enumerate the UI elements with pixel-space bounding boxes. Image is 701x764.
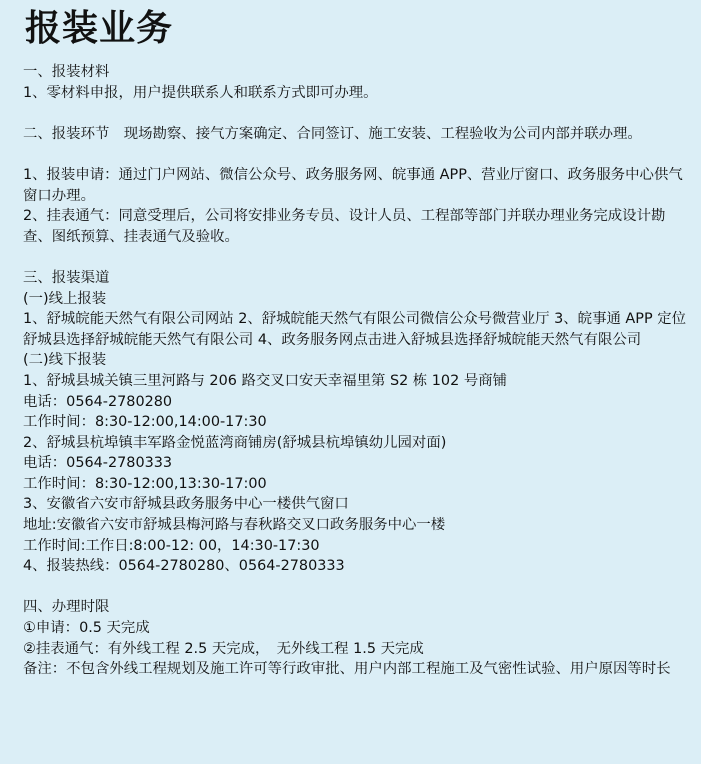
section-3-heading: 三、报装渠道 xyxy=(23,268,687,289)
office-3-address: 地址:安徽省六安市舒城县梅河路与春秋路交叉口政务服务中心一楼 xyxy=(23,515,687,536)
spacer xyxy=(23,247,687,268)
office-3-hours: 工作时间:工作日:8:00-12: 00，14:30-17:30 xyxy=(23,536,687,557)
online-subheading: (一)线上报装 xyxy=(23,289,687,310)
remarks: 备注：不包含外线工程规划及施工许可等行政审批、用户内部工程施工及气密性试验、用户… xyxy=(23,659,687,680)
spacer xyxy=(23,144,687,165)
section-1-item-1: 1、零材料申报，用户提供联系人和联系方式即可办理。 xyxy=(23,83,687,104)
office-1-hours: 工作时间：8:30-12:00,14:00-17:30 xyxy=(23,412,687,433)
online-channels: 1、舒城皖能天然气有限公司网站 2、舒城皖能天然气有限公司微信公众号微营业厅 3… xyxy=(23,309,687,350)
spacer xyxy=(23,103,687,124)
section-4-heading: 四、办理时限 xyxy=(23,597,687,618)
spacer xyxy=(23,577,687,598)
time-limit-meter-install: ②挂表通气：有外线工程 2.5 天完成， 无外线工程 1.5 天完成 xyxy=(23,639,687,660)
page-title: 报装业务 xyxy=(25,6,687,52)
office-3-name: 3、安徽省六安市舒城县政务服务中心一楼供气窗口 xyxy=(23,494,687,515)
hotline: 4、报装热线：0564-2780280、0564-2780333 xyxy=(23,556,687,577)
section-2-item-2: 2、挂表通气：同意受理后，公司将安排业务专员、设计人员、工程部等部门并联办理业务… xyxy=(23,206,687,247)
office-1-phone: 电话：0564-2780280 xyxy=(23,392,687,413)
office-2-address: 2、舒城县杭埠镇丰军路金悦蓝湾商铺房(舒城县杭埠镇幼儿园对面) xyxy=(23,433,687,454)
section-1-heading: 一、报装材料 xyxy=(23,62,687,83)
office-1-address: 1、舒城县城关镇三里河路与 206 路交叉口安天幸福里第 S2 栋 102 号商… xyxy=(23,371,687,392)
section-2-item-1: 1、报装申请：通过门户网站、微信公众号、政务服务网、皖事通 APP、营业厅窗口、… xyxy=(23,165,687,206)
section-2-heading: 二、报装环节 现场勘察、接气方案确定、合同签订、施工安装、工程验收为公司内部并联… xyxy=(23,124,687,145)
offline-subheading: (二)线下报装 xyxy=(23,350,687,371)
document-page: 报装业务 一、报装材料 1、零材料申报，用户提供联系人和联系方式即可办理。 二、… xyxy=(0,0,701,764)
office-2-phone: 电话：0564-2780333 xyxy=(23,453,687,474)
time-limit-application: ①申请：0.5 天完成 xyxy=(23,618,687,639)
office-2-hours: 工作时间：8:30-12:00,13:30-17:00 xyxy=(23,474,687,495)
